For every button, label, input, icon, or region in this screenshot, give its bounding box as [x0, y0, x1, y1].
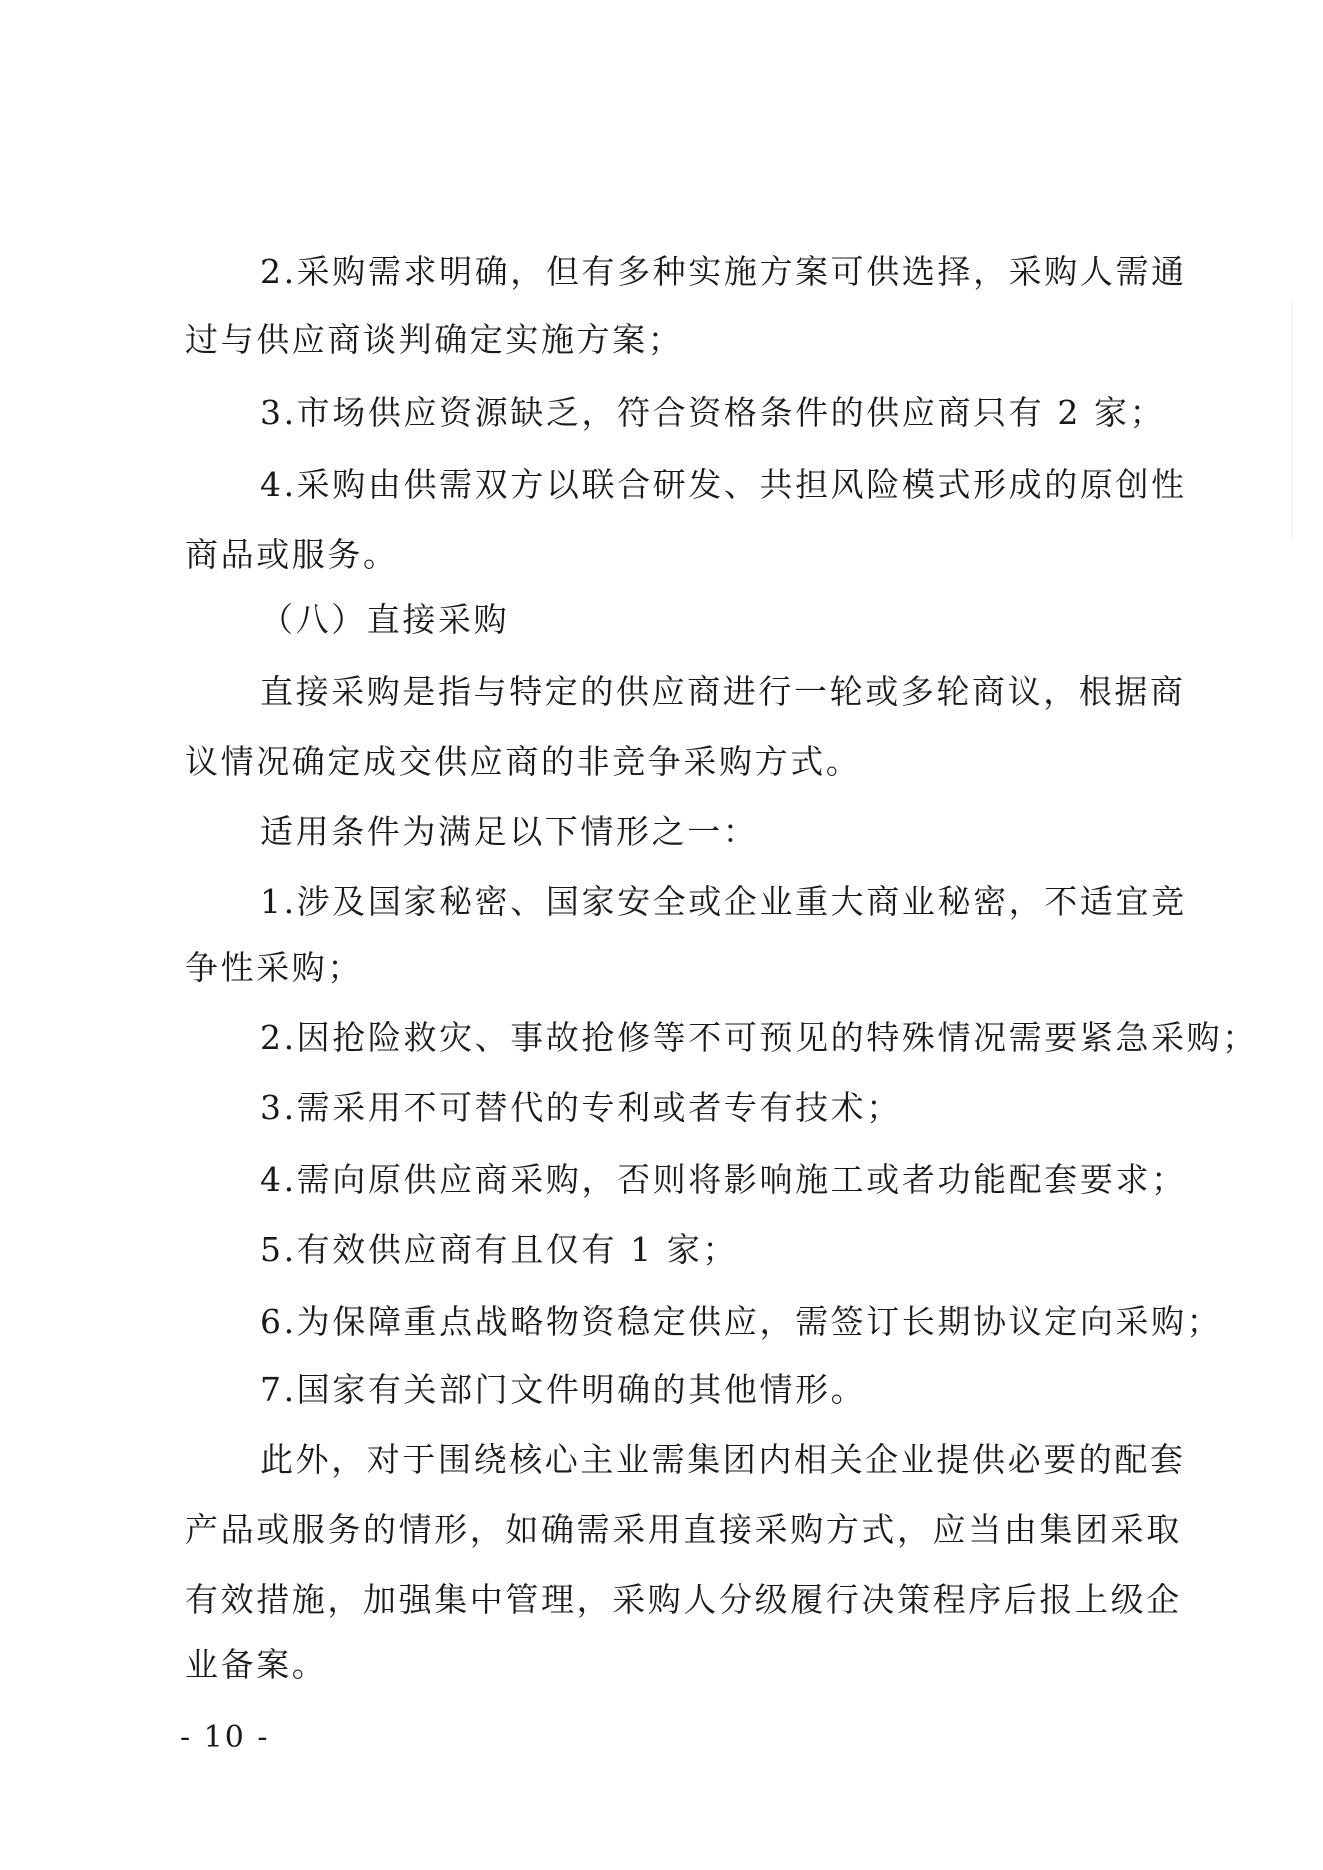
paragraph-line: 议情况确定成交供应商的非竞争采购方式。 — [185, 740, 1163, 784]
document-page: 2.采购需求明确，但有多种实施方案可供选择，采购人需通过与供应商谈判确定实施方案… — [0, 0, 1323, 1870]
paragraph-line: 7.国家有关部门文件明确的其他情形。 — [260, 1368, 1163, 1412]
paragraph-line: 2.采购需求明确，但有多种实施方案可供选择，采购人需通 — [260, 250, 1163, 294]
paragraph-line: 直接采购是指与特定的供应商进行一轮或多轮商议，根据商 — [260, 670, 1163, 714]
paragraph-line: 3.市场供应资源缺乏，符合资格条件的供应商只有 2 家； — [260, 391, 1163, 435]
paragraph-line: 3.需采用不可替代的专利或者专有技术； — [260, 1086, 1163, 1130]
scan-edge-mark — [1292, 300, 1293, 540]
paragraph-line: 2.因抢险救灾、事故抢修等不可预见的特殊情况需要紧急采购； — [260, 1016, 1163, 1060]
paragraph-line: 4.采购由供需双方以联合研发、共担风险模式形成的原创性 — [260, 463, 1163, 507]
paragraph-line: 商品或服务。 — [185, 533, 1163, 577]
paragraph-line: 有效措施，加强集中管理，采购人分级履行决策程序后报上级企 — [185, 1578, 1163, 1622]
paragraph-line: 过与供应商谈判确定实施方案； — [185, 318, 1163, 362]
paragraph-line: 4.需向原供应商采购，否则将影响施工或者功能配套要求； — [260, 1158, 1163, 1202]
paragraph-line: 5.有效供应商有且仅有 1 家； — [260, 1228, 1163, 1272]
paragraph-line: 1.涉及国家秘密、国家安全或企业重大商业秘密，不适宜竞 — [260, 880, 1163, 924]
paragraph-line: 争性采购； — [185, 946, 1163, 990]
paragraph-line: 6.为保障重点战略物资稳定供应，需签订长期协议定向采购； — [260, 1300, 1163, 1344]
paragraph-line: 产品或服务的情形，如确需采用直接采购方式，应当由集团采取 — [185, 1508, 1163, 1552]
paragraph-line: 适用条件为满足以下情形之一： — [260, 810, 1163, 854]
paragraph-line: 此外，对于围绕核心主业需集团内相关企业提供必要的配套 — [260, 1438, 1163, 1482]
paragraph-line: 业备案。 — [185, 1643, 1163, 1687]
paragraph-line: （八）直接采购 — [260, 598, 1163, 642]
page-number: - 10 - — [180, 1718, 270, 1758]
